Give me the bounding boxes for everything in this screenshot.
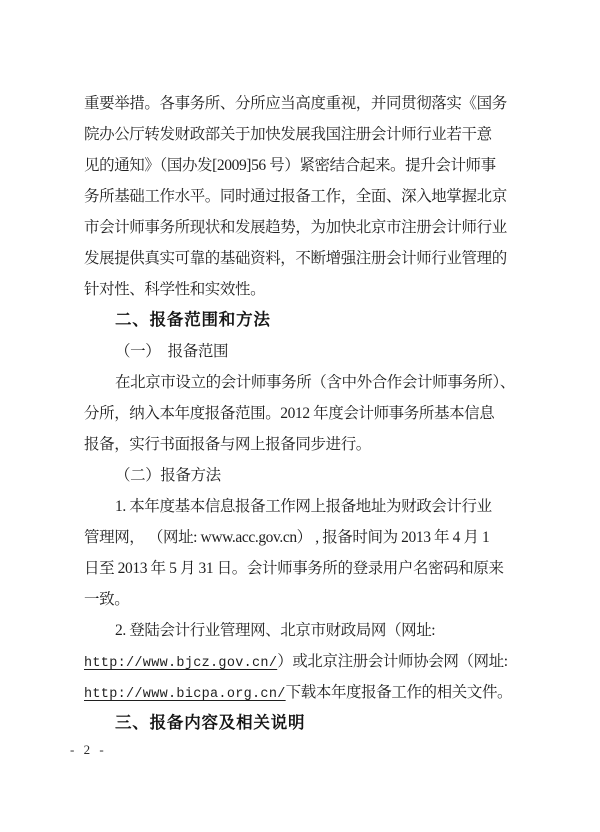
subsection-heading-2-1: （一） 报备范围 bbox=[84, 336, 520, 367]
document-page: 重要举措。各事务所、分所应当高度重视，并同贯彻落实《国务 院办公厅转发财政部关于… bbox=[0, 0, 600, 832]
body-text-segment: 下载本年度报备工作的相关文件。 bbox=[286, 684, 513, 701]
body-text-line: 日至 2013 年 5 月 31 日。会计师事务所的登录用户名密码和原来 bbox=[84, 553, 520, 584]
section-heading-2: 二、报备范围和方法 bbox=[84, 305, 520, 336]
body-text-line: 1. 本年度基本信息报备工作网上报备地址为财政会计行业 bbox=[84, 491, 520, 522]
body-text-line: 重要举措。各事务所、分所应当高度重视，并同贯彻落实《国务 bbox=[84, 88, 520, 119]
body-text-line: 2. 登陆会计行业管理网、北京市财政局网（网址: bbox=[84, 615, 520, 646]
body-text-line: 管理网， （网址: www.acc.gov.cn） , 报备时间为 2013 年… bbox=[84, 522, 520, 553]
section-heading-3: 三、报备内容及相关说明 bbox=[84, 708, 520, 739]
body-text-line: http://www.bicpa.org.cn/下载本年度报备工作的相关文件。 bbox=[84, 677, 520, 708]
body-text-line: 分所，纳入本年度报备范围。2012 年度会计师事务所基本信息 bbox=[84, 398, 520, 429]
document-body: 重要举措。各事务所、分所应当高度重视，并同贯彻落实《国务 院办公厅转发财政部关于… bbox=[84, 88, 520, 739]
url-text-bjcz: http://www.bjcz.gov.cn/ bbox=[84, 656, 277, 671]
body-text-line: 针对性、科学性和实效性。 bbox=[84, 274, 520, 305]
body-text-line: 务所基础工作水平。同时通过报备工作，全面、深入地掌握北京 bbox=[84, 181, 520, 212]
body-text-line: 报备，实行书面报备与网上报备同步进行。 bbox=[84, 429, 520, 460]
body-text-line: 发展提供真实可靠的基础资料，不断增强注册会计师行业管理的 bbox=[84, 243, 520, 274]
body-text-line: 一致。 bbox=[84, 584, 520, 615]
page-number: - 2 - bbox=[70, 742, 107, 758]
body-text-line: 院办公厅转发财政部关于加快发展我国注册会计师行业若干意 bbox=[84, 119, 520, 150]
body-text-segment: ）或北京注册会计师协会网（网址: bbox=[277, 653, 507, 670]
body-text-line: http://www.bjcz.gov.cn/）或北京注册会计师协会网（网址: bbox=[84, 646, 520, 677]
subsection-heading-2-2: （二）报备方法 bbox=[84, 460, 520, 491]
url-text-bicpa: http://www.bicpa.org.cn/ bbox=[84, 687, 286, 702]
body-text-line: 见的通知》（国办发[2009]56 号）紧密结合起来。提升会计师事 bbox=[84, 150, 520, 181]
body-text-line: 市会计师事务所现状和发展趋势，为加快北京市注册会计师行业 bbox=[84, 212, 520, 243]
body-text-line: 在北京市设立的会计师事务所（含中外合作会计师事务所）、 bbox=[84, 367, 520, 398]
